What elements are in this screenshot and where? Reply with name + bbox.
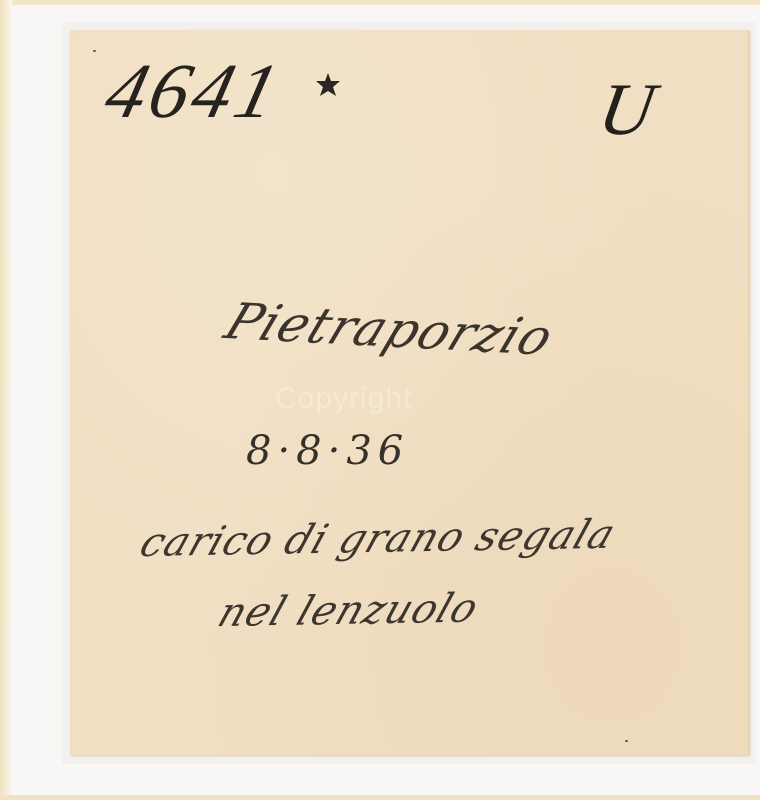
star-icon (315, 72, 341, 98)
catalog-number: 4641 (97, 46, 291, 136)
date: 8·8·36 (246, 428, 409, 474)
scan-frame: 4641 U Pietraporzio Copyright 8·8·36 car… (0, 0, 760, 800)
left-edge-strip (0, 0, 12, 800)
description-line-2: nel lenzuolo (212, 585, 485, 636)
bottom-edge-strip (0, 795, 760, 800)
series-letter: U (593, 68, 662, 153)
paper-speck (625, 740, 628, 742)
description-line-1: carico di grano segala (134, 512, 622, 567)
archival-label-card: 4641 U Pietraporzio Copyright 8·8·36 car… (70, 30, 749, 755)
copyright-watermark: Copyright (275, 382, 412, 416)
paper-speck (93, 50, 96, 52)
place-name: Pietraporzio (217, 293, 562, 367)
top-edge-strip (0, 0, 760, 5)
